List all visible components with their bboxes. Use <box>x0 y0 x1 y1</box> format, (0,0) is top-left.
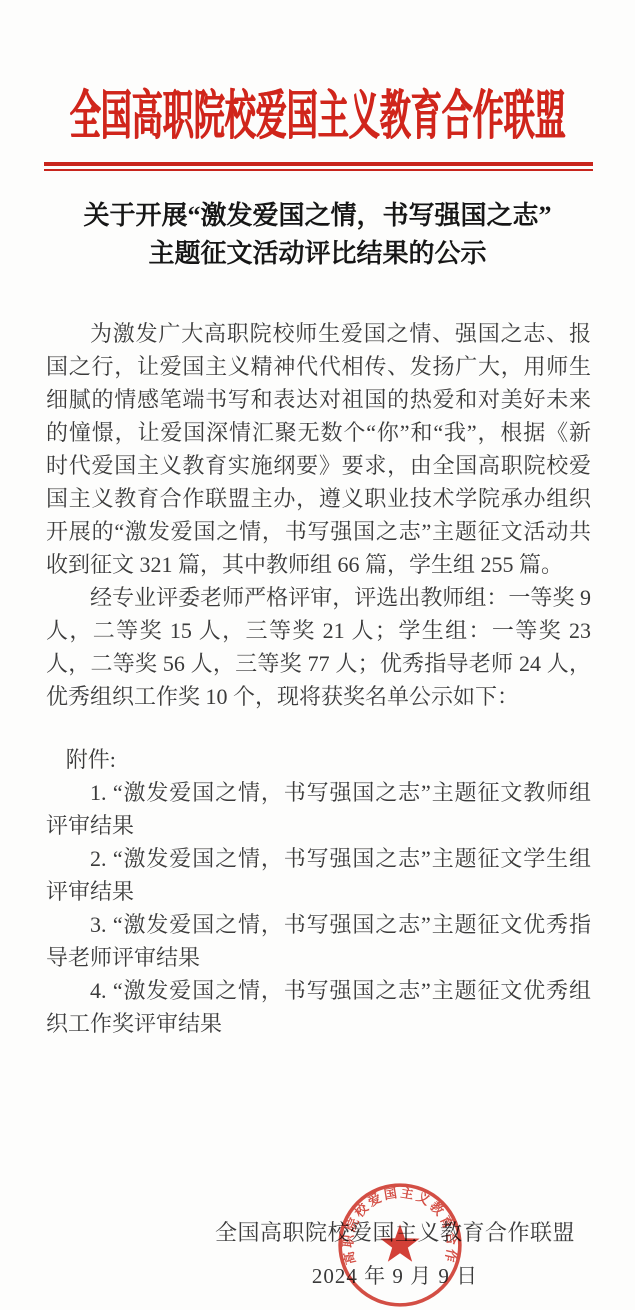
attachments-section: 附件: 1. “激发爱国之情，书写强国之志”主题征文教师组评审结果 2. “激发… <box>46 743 591 1040</box>
letterhead-org-name: 全国高职院校爱国主义教育合作联盟 <box>70 72 566 149</box>
attachment-item: 2. “激发爱国之情，书写强国之志”主题征文学生组评审结果 <box>46 842 591 908</box>
body-paragraph: 为激发广大高职院校师生爱国之情、强国之志、报国之行，让爱国主义精神代代相传、发扬… <box>46 317 591 581</box>
document-title-line1: 关于开展“激发爱国之情，书写强国之志” <box>0 197 635 235</box>
letterhead-rule-thin <box>44 169 593 171</box>
signature-date: 2024 年 9 月 9 日 <box>215 1260 575 1290</box>
letterhead: 全国高职院校爱国主义教育合作联盟 <box>0 58 635 162</box>
letterhead-rule-thick <box>44 162 593 166</box>
signature-org: 全国高职院校爱国主义教育合作联盟 <box>215 1216 575 1247</box>
attachments-label: 附件: <box>46 743 591 776</box>
attachment-item: 1. “激发爱国之情，书写强国之志”主题征文教师组评审结果 <box>46 776 591 842</box>
document-title-line2: 主题征文活动评比结果的公示 <box>0 235 635 273</box>
body-paragraph: 经专业评委老师严格评审，评选出教师组：一等奖 9 人，二等奖 15 人，三等奖 … <box>46 581 591 713</box>
document-body: 为激发广大高职院校师生爱国之情、强国之志、报国之行，让爱国主义精神代代相传、发扬… <box>46 317 591 713</box>
document-page: 全国高职院校爱国主义教育合作联盟 关于开展“激发爱国之情，书写强国之志” 主题征… <box>0 0 635 1310</box>
signature-block: 全国高职院校爱国主义教育合作联盟 2024 年 9 月 9 日 <box>215 1216 575 1290</box>
document-title: 关于开展“激发爱国之情，书写强国之志” 主题征文活动评比结果的公示 <box>0 197 635 273</box>
attachment-item: 3. “激发爱国之情，书写强国之志”主题征文优秀指导老师评审结果 <box>46 908 591 974</box>
attachment-item: 4. “激发爱国之情，书写强国之志”主题征文优秀组织工作奖评审结果 <box>46 974 591 1040</box>
